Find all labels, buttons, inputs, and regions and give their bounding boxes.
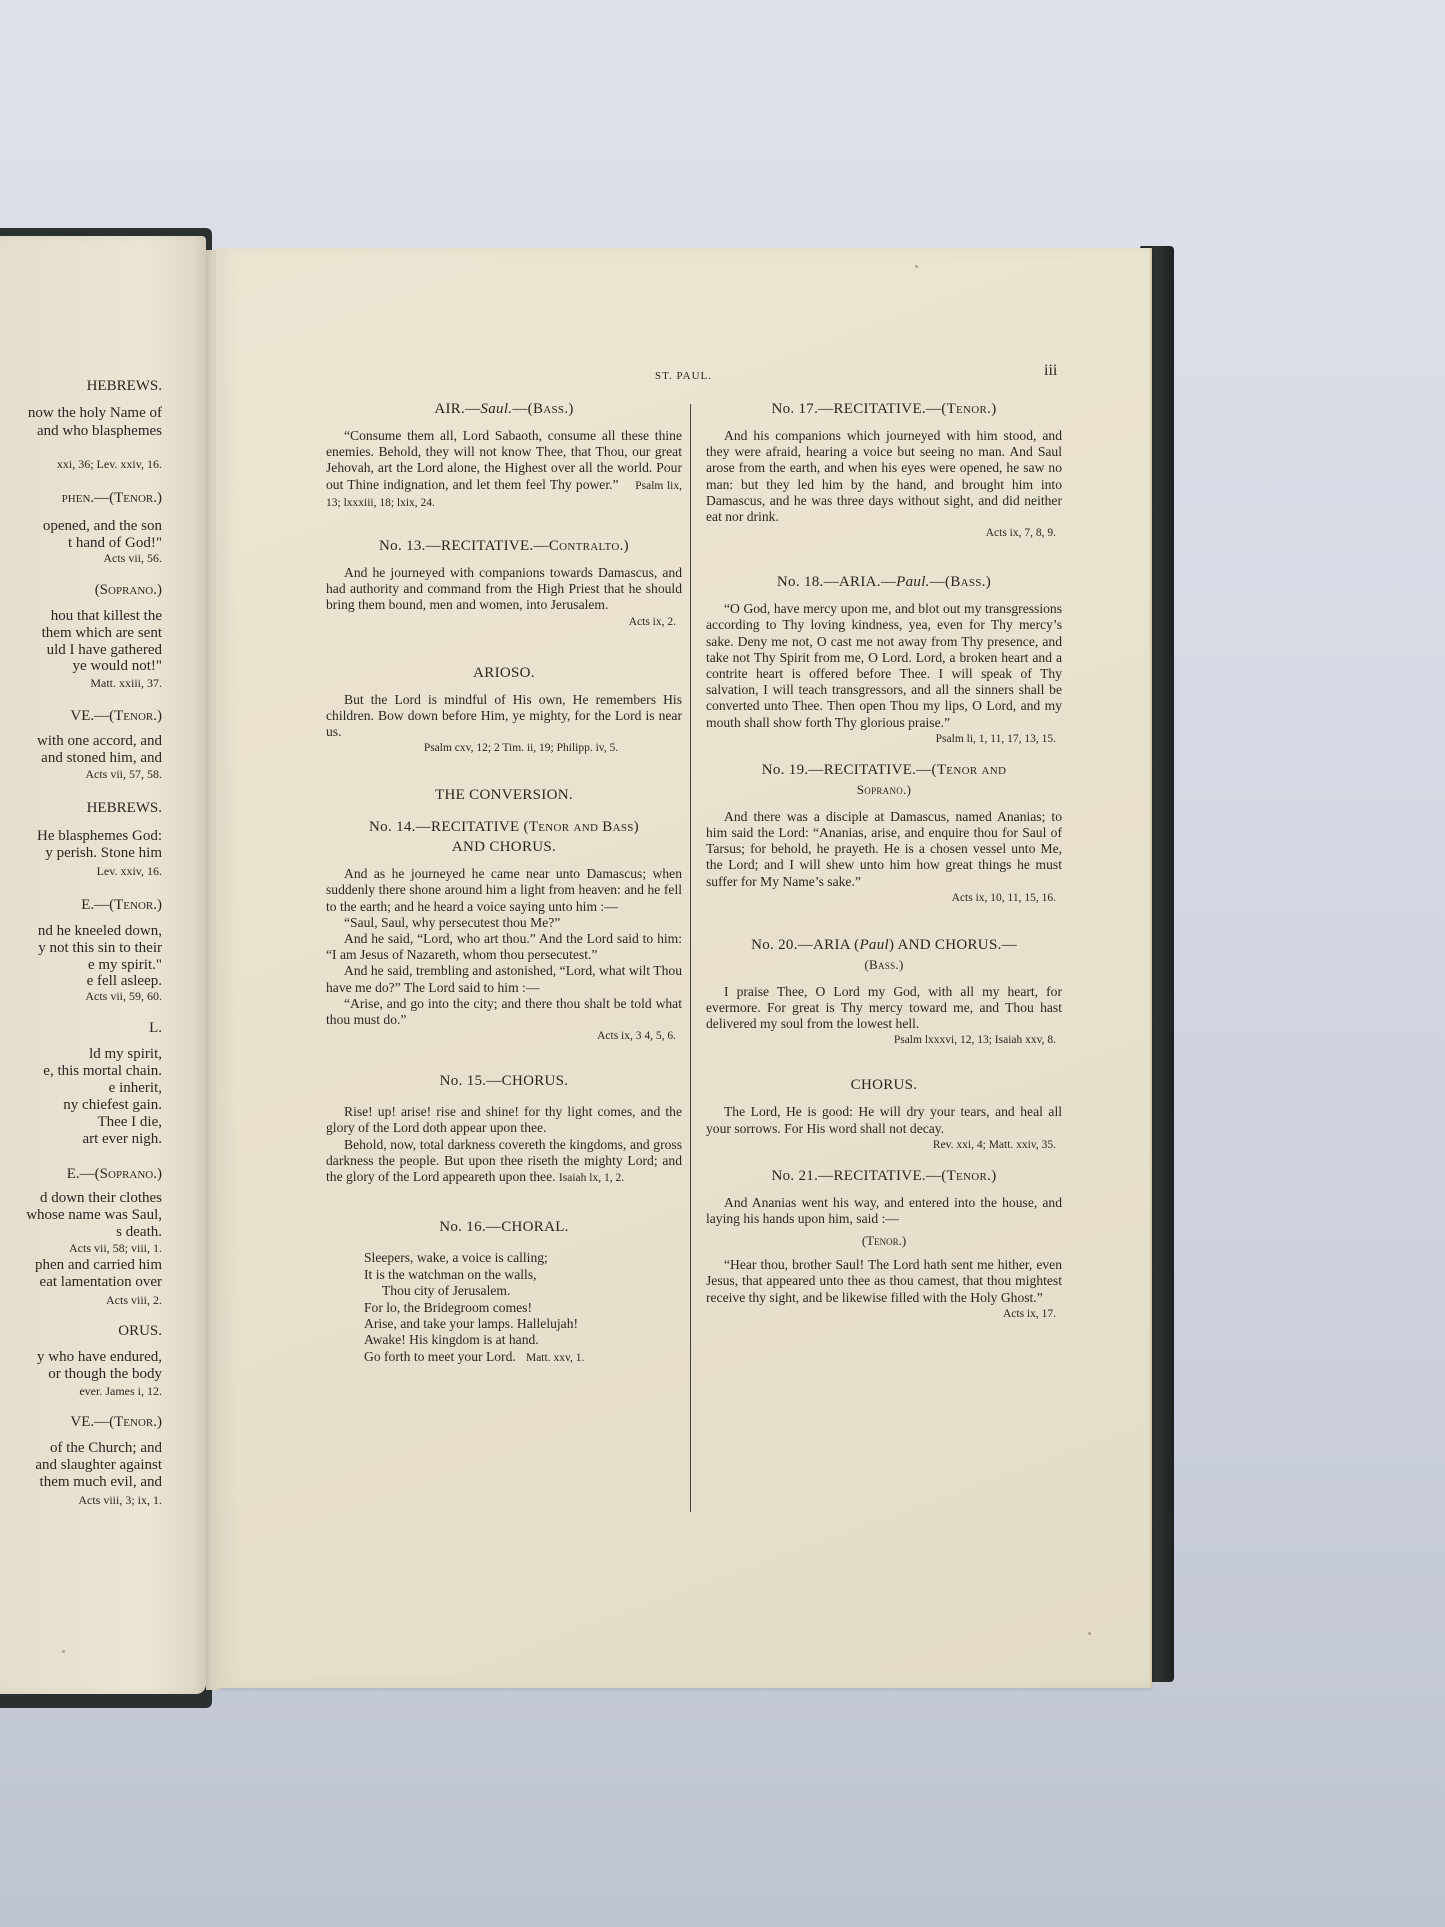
left-page-line: d down their clothes <box>0 1190 162 1207</box>
lyrics-text: “Saul, Saul, why persecutest thou Me?” <box>326 915 682 931</box>
left-page-text: HEBREWS.now the holy Name ofand who blas… <box>0 236 206 1694</box>
left-page-line: them which are sent <box>0 625 162 642</box>
choral-verse: Sleepers, wake, a voice is calling; It i… <box>364 1250 682 1366</box>
section-chorus: CHORUS. The Lord, He is good: He will dr… <box>706 1076 1062 1136</box>
left-page-line: and who blasphemes <box>0 423 162 440</box>
left-page-line: e inherit, <box>0 1080 162 1097</box>
left-page-heading: HEBREWS. <box>0 378 162 395</box>
section-no21: No. 21.—RECITATIVE.—(Tenor.) And Ananias… <box>706 1167 1062 1306</box>
section-no13: No. 13.—RECITATIVE.—Contralto.) And he j… <box>326 537 682 630</box>
lyrics-text: And he said, trembling and astonished, “… <box>326 963 682 995</box>
section-title: No. 13.—RECITATIVE.—Contralto.) <box>326 537 682 555</box>
lyrics-text: But the Lord is mindful of His own, He r… <box>326 692 682 741</box>
scripture-ref: xxi, 36; Lev. xxiv, 16. <box>0 456 162 473</box>
lyrics-text: And there was a disciple at Damascus, na… <box>706 809 1062 890</box>
left-page-line: s death. <box>0 1224 162 1241</box>
left-page-line: and slaughter against <box>0 1457 162 1474</box>
scripture-ref: Acts vii, 58; viii, 1. <box>0 1240 162 1257</box>
left-page-line: nd he kneeled down, <box>0 923 162 940</box>
section-title: CHORUS. <box>706 1076 1062 1094</box>
left-page-line: now the holy Name of <box>0 405 162 422</box>
scripture-ref: Matt. xxv, 1. <box>526 1352 590 1364</box>
section-title: ARIOSO. <box>326 664 682 682</box>
section-title-line2: AND CHORUS. <box>326 838 682 856</box>
verse-line: For lo, the Bridegroom comes! <box>364 1300 682 1316</box>
lyrics-text: And he said, “Lord, who art thou.” And t… <box>326 931 682 963</box>
paper-speck <box>1088 1632 1091 1635</box>
left-page-line: and stoned him, and <box>0 750 162 767</box>
left-page-line: them much evil, and <box>0 1474 162 1491</box>
section-title: No. 19.—RECITATIVE.—(Tenor and <box>706 761 1062 779</box>
scripture-ref: Acts viii, 3; ix, 1. <box>0 1492 162 1509</box>
scripture-ref: Acts vii, 56. <box>0 550 162 567</box>
left-page-heading: E.—(Soprano.) <box>0 1166 162 1183</box>
lyrics-text: “Consume them all, Lord Sabaoth, consume… <box>326 428 682 511</box>
left-page-line: He blasphemes God: <box>0 828 162 845</box>
left-page-line: whose name was Saul, <box>0 1207 162 1224</box>
section-title-line2: (Bass.) <box>706 956 1062 974</box>
scripture-ref: Psalm lxxxvi, 12, 13; Isaiah xxv, 8. <box>706 1032 1062 1048</box>
left-page-line: Thee I die, <box>0 1114 162 1131</box>
section-air-saul: AIR.—Saul.—(Bass.) “Consume them all, Lo… <box>326 400 682 511</box>
scripture-ref: ever. James i, 12. <box>0 1383 162 1400</box>
paper-speck <box>62 1650 65 1653</box>
lyrics-text: The Lord, He is good: He will dry your t… <box>706 1104 1062 1136</box>
column-divider <box>690 404 691 1512</box>
lyrics-text: “Arise, and go into the city; and there … <box>326 996 682 1028</box>
scripture-ref: Acts ix, 10, 11, 15, 16. <box>706 890 1062 906</box>
left-page-heading: VE.—(Tenor.) <box>0 708 162 725</box>
scripture-ref: Acts vii, 57, 58. <box>0 766 162 783</box>
section-no17: No. 17.—RECITATIVE.—(Tenor.) And his com… <box>706 400 1062 541</box>
section-title: No. 21.—RECITATIVE.—(Tenor.) <box>706 1167 1062 1185</box>
left-page-heading: (Soprano.) <box>0 582 162 599</box>
left-page-line: or though the body <box>0 1366 162 1383</box>
left-page-heading: HEBREWS. <box>0 800 162 817</box>
scripture-ref: Acts viii, 2. <box>0 1292 162 1309</box>
lyrics-text: And as he journeyed he came near unto Da… <box>326 866 682 915</box>
section-no18: No. 18.—ARIA.—Paul.—(Bass.) “O God, have… <box>706 573 1062 731</box>
lyrics-text: “Hear thou, brother Saul! The Lord hath … <box>706 1257 1062 1306</box>
running-head: ST. PAUL. <box>655 370 712 382</box>
scripture-ref: Acts ix, 7, 8, 9. <box>706 525 1062 541</box>
left-page-line: ld my spirit, <box>0 1046 162 1063</box>
left-page-line: art ever nigh. <box>0 1131 162 1148</box>
lyrics-text: “O God, have mercy upon me, and blot out… <box>706 601 1062 731</box>
scripture-ref: Lev. xxiv, 16. <box>0 863 162 880</box>
section-title: No. 15.—CHORUS. <box>326 1072 682 1090</box>
section-no19: No. 19.—RECITATIVE.—(Tenor and Soprano.)… <box>706 761 1062 906</box>
section-title: No. 20.—ARIA (Paul) AND CHORUS.— <box>706 936 1062 954</box>
scripture-ref: Psalm cxv, 12; 2 Tim. ii, 19; Philipp. i… <box>326 740 682 756</box>
section-no14: No. 14.—RECITATIVE (Tenor and Bass) AND … <box>326 818 682 1044</box>
left-page-heading: L. <box>0 1020 162 1037</box>
verse-line: Sleepers, wake, a voice is calling; <box>364 1250 682 1266</box>
left-page-heading: phen.—(Tenor.) <box>0 490 162 507</box>
section-title: No. 14.—RECITATIVE (Tenor and Bass) <box>326 818 682 836</box>
left-page-line: with one accord, and <box>0 733 162 750</box>
verse-line: Arise, and take your lamps. Hallelujah! <box>364 1316 682 1332</box>
scripture-ref: Rev. xxi, 4; Matt. xxiv, 35. <box>915 1137 1062 1153</box>
section-no15: No. 15.—CHORUS. Rise! up! arise! rise an… <box>326 1072 682 1186</box>
right-column: No. 17.—RECITATIVE.—(Tenor.) And his com… <box>706 400 1062 1332</box>
left-page-line: y not this sin to their <box>0 940 162 957</box>
lyrics-text: And Ananias went his way, and entered in… <box>706 1195 1062 1227</box>
left-page-line: ye would not!" <box>0 658 162 675</box>
scripture-ref: Acts ix, 3 4, 5, 6. <box>326 1028 682 1044</box>
lyrics-text: Rise! up! arise! rise and shine! for thy… <box>326 1104 682 1136</box>
scripture-ref: Acts ix, 2. <box>326 614 682 630</box>
voice-label: (Tenor.) <box>706 1233 1062 1249</box>
scripture-ref: Psalm li, 1, 11, 17, 13, 15. <box>918 731 1062 747</box>
left-column: AIR.—Saul.—(Bass.) “Consume them all, Lo… <box>326 400 682 1392</box>
paper-speck <box>915 265 918 268</box>
left-page-heading: E.—(Tenor.) <box>0 897 162 914</box>
page-number: iii <box>1044 362 1057 380</box>
lyrics-text: I praise Thee, O Lord my God, with all m… <box>706 984 1062 1033</box>
left-page-line: eat lamentation over <box>0 1274 162 1291</box>
left-page-line: e my spirit." <box>0 957 162 974</box>
left-page-line: hou that killest the <box>0 608 162 625</box>
verse-line: Awake! His kingdom is at hand. <box>364 1332 682 1348</box>
verse-line: Go forth to meet your Lord. Matt. xxv, 1… <box>364 1349 682 1366</box>
section-title-line2: Soprano.) <box>706 781 1062 799</box>
left-page-line: opened, and the son <box>0 518 162 535</box>
section-no16: No. 16.—CHORAL. Sleepers, wake, a voice … <box>326 1218 682 1366</box>
left-page-line: y perish. Stone him <box>0 845 162 862</box>
left-page-line: uld I have gathered <box>0 642 162 659</box>
verse-line: Thou city of Jerusalem. <box>364 1283 682 1299</box>
part-heading-conversion: THE CONVERSION. <box>326 786 682 804</box>
section-title: No. 18.—ARIA.—Paul.—(Bass.) <box>706 573 1062 591</box>
left-page-heading: VE.—(Tenor.) <box>0 1414 162 1431</box>
left-page-line: phen and carried him <box>0 1257 162 1274</box>
scripture-ref: Matt. xxiii, 37. <box>0 675 162 692</box>
section-title: AIR.—Saul.—(Bass.) <box>326 400 682 418</box>
lyrics-text: And his companions which journeyed with … <box>706 428 1062 525</box>
section-no20: No. 20.—ARIA (Paul) AND CHORUS.— (Bass.)… <box>706 936 1062 1049</box>
left-page-line: e, this mortal chain. <box>0 1063 162 1080</box>
scripture-ref: Acts vii, 59, 60. <box>0 988 162 1005</box>
lyrics-text: And he journeyed with companions towards… <box>326 565 682 614</box>
left-page-heading: ORUS. <box>0 1323 162 1340</box>
left-page-line: of the Church; and <box>0 1440 162 1457</box>
left-page: HEBREWS.now the holy Name ofand who blas… <box>0 236 206 1694</box>
verse-line: It is the watchman on the walls, <box>364 1267 682 1283</box>
section-title: No. 17.—RECITATIVE.—(Tenor.) <box>706 400 1062 418</box>
scripture-ref: Isaiah lx, 1, 2. <box>559 1172 630 1184</box>
section-title: No. 16.—CHORAL. <box>326 1218 682 1236</box>
left-page-line: ny chiefest gain. <box>0 1097 162 1114</box>
scripture-ref: Acts ix, 17. <box>985 1306 1062 1322</box>
left-page-line: y who have endured, <box>0 1349 162 1366</box>
lyrics-text: Behold, now, total darkness covereth the… <box>326 1137 682 1187</box>
section-arioso: ARIOSO. But the Lord is mindful of His o… <box>326 664 682 757</box>
